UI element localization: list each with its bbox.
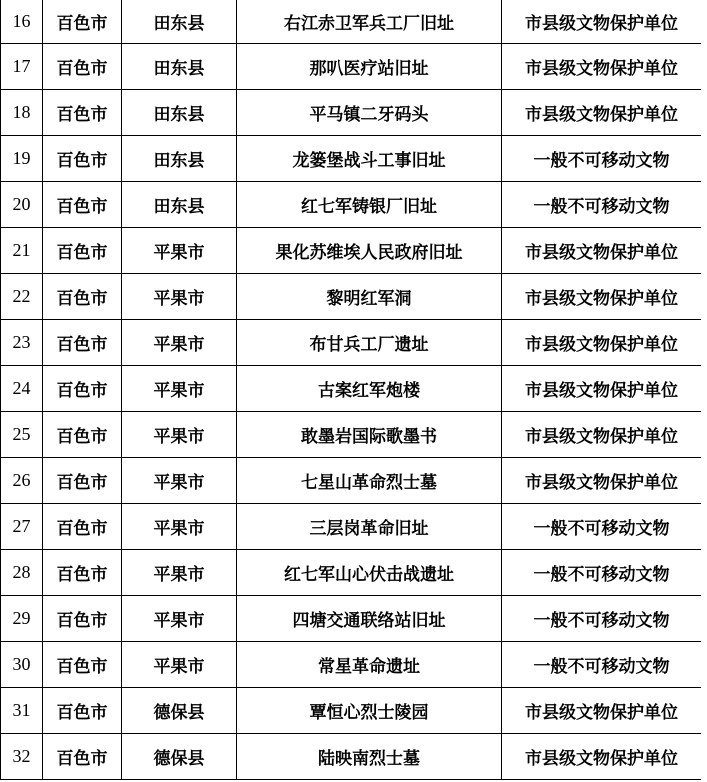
cell-site-name: 三层岗革命旧址	[237, 504, 502, 549]
cell-row-number: 20	[1, 182, 43, 227]
cell-protection-level: 一般不可移动文物	[502, 596, 701, 641]
cell-row-number: 26	[1, 458, 43, 503]
cell-protection-level: 市县级文物保护单位	[502, 228, 701, 273]
table-row: 26 百色市 平果市 七星山革命烈士墓 市县级文物保护单位	[1, 458, 701, 504]
cell-city: 百色市	[43, 182, 122, 227]
cell-county: 田东县	[122, 136, 237, 181]
table-row: 28 百色市 平果市 红七军山心伏击战遗址 一般不可移动文物	[1, 550, 701, 596]
cell-county: 田东县	[122, 0, 237, 43]
cell-county: 德保县	[122, 688, 237, 733]
table-row: 21 百色市 平果市 果化苏维埃人民政府旧址 市县级文物保护单位	[1, 228, 701, 274]
cell-city: 百色市	[43, 136, 122, 181]
table-row: 32 百色市 德保县 陆映南烈士墓 市县级文物保护单位	[1, 734, 701, 780]
cell-county: 平果市	[122, 366, 237, 411]
cell-row-number: 31	[1, 688, 43, 733]
cell-county: 平果市	[122, 458, 237, 503]
cell-protection-level: 市县级文物保护单位	[502, 734, 701, 779]
table-row: 22 百色市 平果市 黎明红军洞 市县级文物保护单位	[1, 274, 701, 320]
cell-county: 平果市	[122, 274, 237, 319]
cell-county: 平果市	[122, 550, 237, 595]
cell-site-name: 陆映南烈士墓	[237, 734, 502, 779]
cell-row-number: 22	[1, 274, 43, 319]
heritage-sites-table: 16 百色市 田东县 右江赤卫军兵工厂旧址 市县级文物保护单位 17 百色市 田…	[0, 0, 701, 780]
cell-row-number: 18	[1, 90, 43, 135]
cell-county: 田东县	[122, 44, 237, 89]
cell-protection-level: 市县级文物保护单位	[502, 320, 701, 365]
cell-city: 百色市	[43, 44, 122, 89]
cell-protection-level: 市县级文物保护单位	[502, 458, 701, 503]
cell-protection-level: 市县级文物保护单位	[502, 0, 701, 43]
cell-row-number: 28	[1, 550, 43, 595]
cell-site-name: 红七军铸银厂旧址	[237, 182, 502, 227]
cell-city: 百色市	[43, 688, 122, 733]
cell-county: 平果市	[122, 642, 237, 687]
cell-row-number: 16	[1, 0, 43, 43]
cell-site-name: 龙篓堡战斗工事旧址	[237, 136, 502, 181]
table-row: 23 百色市 平果市 布甘兵工厂遗址 市县级文物保护单位	[1, 320, 701, 366]
cell-row-number: 25	[1, 412, 43, 457]
table-row: 29 百色市 平果市 四塘交通联络站旧址 一般不可移动文物	[1, 596, 701, 642]
cell-site-name: 黎明红军洞	[237, 274, 502, 319]
table-row: 20 百色市 田东县 红七军铸银厂旧址 一般不可移动文物	[1, 182, 701, 228]
cell-county: 平果市	[122, 504, 237, 549]
cell-city: 百色市	[43, 596, 122, 641]
cell-protection-level: 市县级文物保护单位	[502, 90, 701, 135]
cell-site-name: 布甘兵工厂遗址	[237, 320, 502, 365]
cell-site-name: 古案红军炮楼	[237, 366, 502, 411]
cell-city: 百色市	[43, 458, 122, 503]
cell-protection-level: 市县级文物保护单位	[502, 44, 701, 89]
cell-row-number: 23	[1, 320, 43, 365]
cell-county: 田东县	[122, 90, 237, 135]
cell-row-number: 24	[1, 366, 43, 411]
table-row: 24 百色市 平果市 古案红军炮楼 市县级文物保护单位	[1, 366, 701, 412]
cell-county: 平果市	[122, 228, 237, 273]
cell-county: 田东县	[122, 182, 237, 227]
cell-protection-level: 一般不可移动文物	[502, 136, 701, 181]
cell-protection-level: 市县级文物保护单位	[502, 412, 701, 457]
document-page: 16 百色市 田东县 右江赤卫军兵工厂旧址 市县级文物保护单位 17 百色市 田…	[0, 0, 707, 782]
cell-site-name: 七星山革命烈士墓	[237, 458, 502, 503]
cell-city: 百色市	[43, 412, 122, 457]
cell-city: 百色市	[43, 734, 122, 779]
cell-row-number: 17	[1, 44, 43, 89]
table-row: 31 百色市 德保县 覃恒心烈士陵园 市县级文物保护单位	[1, 688, 701, 734]
cell-city: 百色市	[43, 274, 122, 319]
cell-protection-level: 一般不可移动文物	[502, 550, 701, 595]
cell-site-name: 覃恒心烈士陵园	[237, 688, 502, 733]
cell-site-name: 四塘交通联络站旧址	[237, 596, 502, 641]
cell-protection-level: 市县级文物保护单位	[502, 366, 701, 411]
cell-site-name: 那叭医疗站旧址	[237, 44, 502, 89]
table-row: 19 百色市 田东县 龙篓堡战斗工事旧址 一般不可移动文物	[1, 136, 701, 182]
cell-city: 百色市	[43, 366, 122, 411]
table-row: 25 百色市 平果市 敢墨岩国际歌墨书 市县级文物保护单位	[1, 412, 701, 458]
table-row: 27 百色市 平果市 三层岗革命旧址 一般不可移动文物	[1, 504, 701, 550]
cell-row-number: 19	[1, 136, 43, 181]
cell-county: 平果市	[122, 320, 237, 365]
cell-city: 百色市	[43, 0, 122, 43]
cell-site-name: 敢墨岩国际歌墨书	[237, 412, 502, 457]
cell-protection-level: 市县级文物保护单位	[502, 274, 701, 319]
cell-protection-level: 一般不可移动文物	[502, 642, 701, 687]
cell-site-name: 果化苏维埃人民政府旧址	[237, 228, 502, 273]
cell-county: 平果市	[122, 412, 237, 457]
cell-row-number: 27	[1, 504, 43, 549]
cell-county: 平果市	[122, 596, 237, 641]
cell-protection-level: 市县级文物保护单位	[502, 688, 701, 733]
cell-site-name: 平马镇二牙码头	[237, 90, 502, 135]
table-row: 16 百色市 田东县 右江赤卫军兵工厂旧址 市县级文物保护单位	[1, 0, 701, 44]
cell-row-number: 32	[1, 734, 43, 779]
table-row: 17 百色市 田东县 那叭医疗站旧址 市县级文物保护单位	[1, 44, 701, 90]
cell-protection-level: 一般不可移动文物	[502, 182, 701, 227]
cell-county: 德保县	[122, 734, 237, 779]
cell-site-name: 红七军山心伏击战遗址	[237, 550, 502, 595]
cell-site-name: 常星革命遗址	[237, 642, 502, 687]
cell-row-number: 30	[1, 642, 43, 687]
cell-city: 百色市	[43, 504, 122, 549]
cell-protection-level: 一般不可移动文物	[502, 504, 701, 549]
cell-city: 百色市	[43, 320, 122, 365]
cell-site-name: 右江赤卫军兵工厂旧址	[237, 0, 502, 43]
cell-city: 百色市	[43, 228, 122, 273]
cell-row-number: 29	[1, 596, 43, 641]
table-row: 18 百色市 田东县 平马镇二牙码头 市县级文物保护单位	[1, 90, 701, 136]
cell-city: 百色市	[43, 550, 122, 595]
cell-city: 百色市	[43, 642, 122, 687]
table-row: 30 百色市 平果市 常星革命遗址 一般不可移动文物	[1, 642, 701, 688]
cell-city: 百色市	[43, 90, 122, 135]
cell-row-number: 21	[1, 228, 43, 273]
